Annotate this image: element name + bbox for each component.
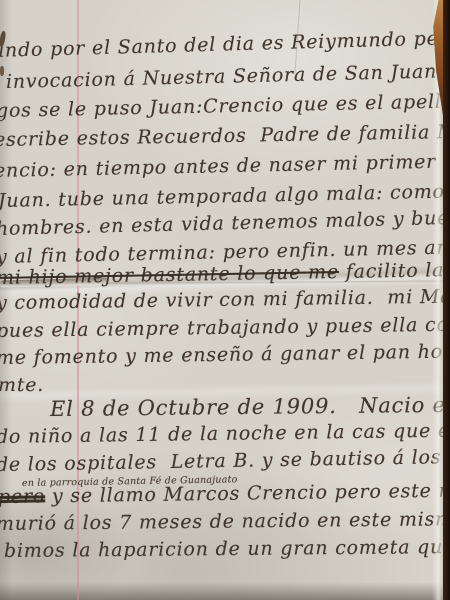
manuscript-line: hombres. en esta vida tenemos malos y bu… (0, 206, 450, 239)
handwritten-text: encio: en tiempo antes de naser mi prime… (0, 150, 450, 182)
handwritten-text: Juan. tube una temporada algo mala: como… (0, 179, 450, 212)
manuscript-line: escribe estos Recuerdos Padre de familia… (0, 121, 450, 150)
text-layer: undo por el Santo del dia es Reiymundo p… (0, 0, 450, 600)
manuscript-line: encio: en tiempo antes de naser mi prime… (0, 151, 450, 181)
manuscript-line: gos se le puso Juan:Crencio que es el ap… (0, 90, 450, 121)
manuscript-line: de los ospitales Letra B. y se bautiso á… (0, 447, 450, 475)
manuscript-line: bimos la haparicion de un gran cometa qu… (4, 538, 450, 561)
page-right-edge (443, 0, 450, 600)
manuscript-line: invocacion á Nuestra Señora de San Juan … (6, 61, 450, 92)
manuscript-line: me fomento y me enseño á ganar el pan ho… (0, 341, 450, 368)
manuscript-line: y comodidad de vivir con mi familia. mi … (0, 287, 450, 313)
struck-text: pero (0, 485, 45, 508)
handwritten-text: escribe estos Recuerdos Padre de familia… (0, 119, 450, 151)
manuscript-line: do niño a las 11 de la noche en la cas q… (0, 421, 450, 447)
handwritten-text: de los ospitales Letra B. y se bautiso á… (0, 445, 450, 476)
handwritten-text: undo por el Santo del dia es Reiymundo p… (0, 26, 450, 62)
struck-text: mi hijo mejor bastante lo que me (0, 261, 339, 289)
manuscript-line: Juan. tube una temporada algo mala: como… (0, 181, 450, 211)
handwritten-text: me fomento y me enseño á ganar el pan ho… (0, 339, 450, 369)
handwritten-text: mte. (0, 374, 44, 396)
handwritten-text: El 8 de Octubre de 1909. Nacio el Segun (50, 392, 450, 421)
manuscript-line: undo por el Santo del dia es Reiymundo p… (0, 28, 450, 61)
manuscript-line: El 8 de Octubre de 1909. Nacio el Segun (50, 394, 450, 420)
manuscript-page: undo por el Santo del dia es Reiymundo p… (0, 0, 450, 600)
manuscript-line: pero y se llamo Marcos Crencio pero este… (0, 481, 450, 507)
handwritten-text: invocacion á Nuestra Señora de San Juan … (6, 59, 450, 93)
handwritten-text: gos se le puso Juan:Crencio que es el ap… (0, 88, 450, 122)
handwritten-text: pues ella ciempre trabajando y pues ella… (0, 312, 450, 342)
manuscript-line: mte. (0, 376, 44, 395)
manuscript-line: pues ella ciempre trabajando y pues ella… (0, 314, 450, 341)
manuscript-line: murió á los 7 meses de nacido en este mi… (0, 509, 450, 534)
handwritten-text: murió á los 7 meses de nacido en este mi… (0, 507, 450, 535)
handwritten-text: bimos la haparicion de un gran cometa qu… (4, 536, 450, 562)
handwritten-text: y comodidad de vivir con mi familia. mi … (0, 285, 450, 314)
handwritten-text: do niño a las 11 de la noche en la cas q… (0, 419, 450, 448)
